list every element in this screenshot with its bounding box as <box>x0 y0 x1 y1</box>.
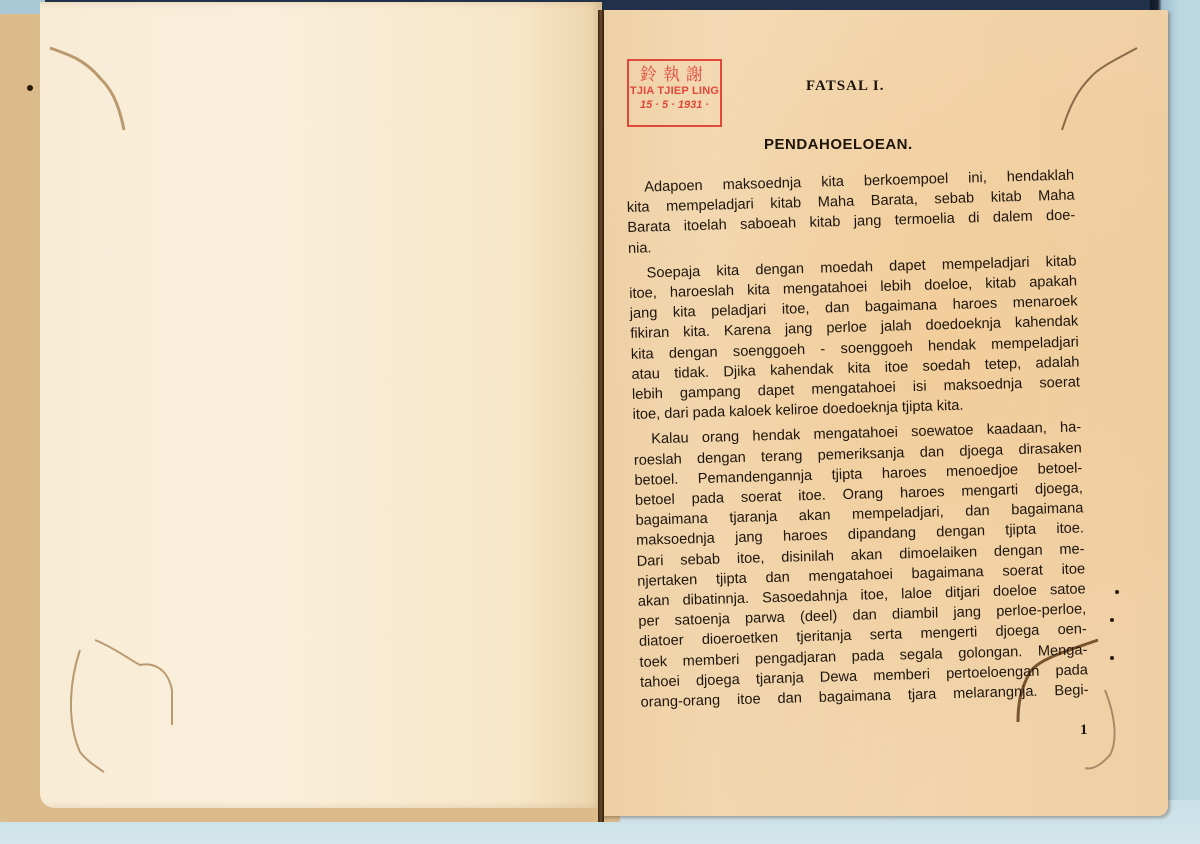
page-number: 1 <box>1080 722 1088 739</box>
stamp-chinese-name: 鈴執謝 <box>629 65 720 85</box>
paragraph-2: Soepaja kita dengan moedah dapet mempela… <box>628 251 1080 425</box>
stamp-name: TJIA TJIEP LING <box>629 85 720 98</box>
owner-stamp: 鈴執謝 TJIA TJIEP LING 15 · 5 · 1931 · <box>627 59 722 127</box>
book-gutter <box>598 10 604 822</box>
paragraph-1: Adapoen maksoednja kita berkoempoel ini,… <box>626 165 1076 258</box>
section-heading: PENDAHOELOEAN. <box>764 136 913 153</box>
chapter-title: FATSAL I. <box>806 78 884 95</box>
body-text: Adapoen maksoednja kita berkoempoel ini,… <box>626 165 1089 718</box>
stamp-date: 15 · 5 · 1931 · <box>629 98 720 113</box>
paragraph-3: Kalau orang hendak mengatahoei soewatoe … <box>633 418 1089 713</box>
blank-left-page <box>40 2 602 808</box>
